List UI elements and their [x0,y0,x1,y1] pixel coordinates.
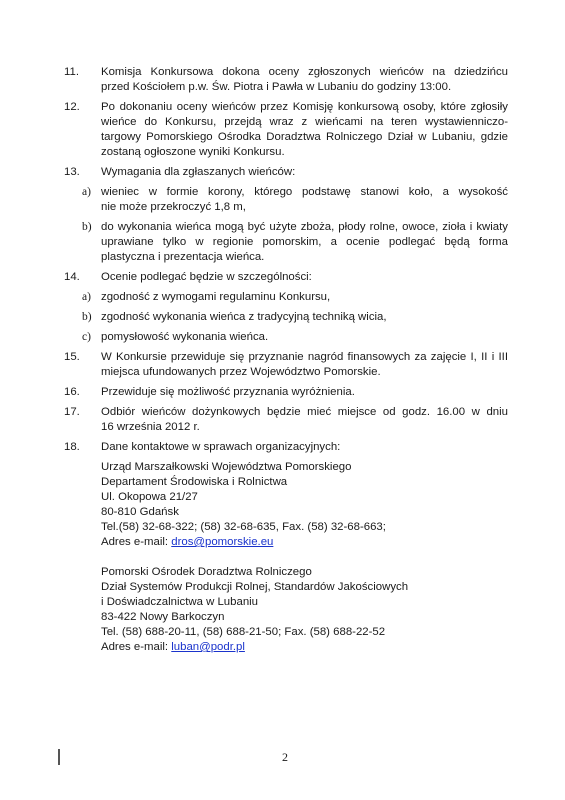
email-label: Adres e-mail: [101,641,171,653]
text-line: 16 września 2012 r. [101,420,508,435]
list-item: 16.Przewiduje się możliwość przyznania w… [64,385,508,400]
text-line: Wymagania dla zgłaszanych wieńców: [101,165,508,180]
list-item: 13.Wymagania dla zgłaszanych wieńców: [64,165,508,180]
document-page: 11.Komisja Konkursowa dokona oceny zgłos… [0,0,565,800]
sub-item-letter: c) [82,330,91,345]
regulations-list: 11.Komisja Konkursowa dokona oceny zgłos… [64,65,508,670]
text-line: Odbiór wieńców dożynkowych będzie mieć m… [101,405,508,420]
list-item: 12.Po dokonaniu oceny wieńców przez Komi… [64,100,508,160]
sub-item: b)zgodność wykonania wieńca z tradycyjną… [64,310,508,325]
email-line: Adres e-mail: dros@pomorskie.eu [101,535,508,550]
contact-info: Urząd Marszałkowski Województwa Pomorski… [64,460,508,655]
sub-item: b)do wykonania wieńca mogą być użyte zbo… [64,220,508,265]
list-item: 18.Dane kontaktowe w sprawach organizacy… [64,440,508,455]
text-line: do wykonania wieńca mogą być użyte zboża… [101,220,508,235]
list-item: 17.Odbiór wieńców dożynkowych będzie mie… [64,405,508,435]
text-line: zgodność wykonania wieńca z tradycyjną t… [101,310,508,325]
page-number: 2 [282,750,288,765]
contact-line: 80-810 Gdańsk [101,505,508,520]
contact-line: Tel.(58) 32-68-322; (58) 32-68-635, Fax.… [101,520,508,535]
item-number: 16. [64,385,80,400]
sub-item-letter: b) [82,220,92,235]
text-line: targowy Pomorskiego Ośrodka Doradztwa Ro… [101,130,508,145]
contact-line: Dział Systemów Produkcji Rolnej, Standar… [101,580,508,595]
item-number: 18. [64,440,80,455]
sub-item: c)pomysłowość wykonania wieńca. [64,330,508,345]
text-line: Dane kontaktowe w sprawach organizacyjny… [101,440,508,455]
text-line: Komisja Konkursowa dokona oceny zgłoszon… [101,65,508,80]
list-item: 14.Ocenie podlegać będzie w szczególnośc… [64,270,508,285]
email-line: Adres e-mail: luban@podr.pl [101,640,508,655]
contact-line: Ul. Okopowa 21/27 [101,490,508,505]
text-line: wieniec w formie korony, którego podstaw… [101,185,508,200]
item-number: 14. [64,270,80,285]
change-bar [58,749,60,765]
sub-item-letter: a) [82,290,91,305]
text-line: zostaną ogłoszone wyniki Konkursu. [101,145,508,160]
item-number: 11. [64,65,79,80]
text-line: miejsca ufundowanych przez Województwo P… [101,365,508,380]
text-line: W Konkursie przewiduje się przyznanie na… [101,350,508,365]
contact-block: Urząd Marszałkowski Województwa Pomorski… [101,460,508,550]
email-link[interactable]: dros@pomorskie.eu [171,536,273,548]
list-item: 11.Komisja Konkursowa dokona oceny zgłos… [64,65,508,95]
contact-line: Departament Środowiska i Rolnictwa [101,475,508,490]
item-number: 13. [64,165,80,180]
text-line: Przewiduje się możliwość przyznania wyró… [101,385,508,400]
text-line: uprawiane tylko w regionie pomorskim, a … [101,235,508,250]
email-link[interactable]: luban@podr.pl [171,641,245,653]
contact-line: i Doświadczalnictwa w Lubaniu [101,595,508,610]
contact-line: Tel. (58) 688-20-11, (58) 688-21-50; Fax… [101,625,508,640]
item-number: 17. [64,405,80,420]
text-line: przed Kościołem p.w. Św. Piotra i Pawła … [101,80,508,95]
text-line: pomysłowość wykonania wieńca. [101,330,508,345]
text-line: plastyczna i prezentacja wieńca. [101,250,508,265]
list-item: 15.W Konkursie przewiduje się przyznanie… [64,350,508,380]
text-line: wieńce do Konkursu, przejdą wraz z wieńc… [101,115,508,130]
contact-line: Urząd Marszałkowski Województwa Pomorski… [101,460,508,475]
text-line: Ocenie podlegać będzie w szczególności: [101,270,508,285]
sub-item: a)wieniec w formie korony, którego podst… [64,185,508,215]
text-line: zgodność z wymogami regulaminu Konkursu, [101,290,508,305]
item-number: 15. [64,350,80,365]
contact-line: Pomorski Ośrodek Doradztwa Rolniczego [101,565,508,580]
sub-item-letter: a) [82,185,91,200]
text-line: Po dokonaniu oceny wieńców przez Komisję… [101,100,508,115]
contact-block: Pomorski Ośrodek Doradztwa RolniczegoDzi… [101,565,508,655]
email-label: Adres e-mail: [101,536,171,548]
item-number: 12. [64,100,80,115]
sub-item-letter: b) [82,310,92,325]
contact-line: 83-422 Nowy Barkoczyn [101,610,508,625]
sub-item: a)zgodność z wymogami regulaminu Konkurs… [64,290,508,305]
text-line: nie może przekroczyć 1,8 m, [101,200,508,215]
